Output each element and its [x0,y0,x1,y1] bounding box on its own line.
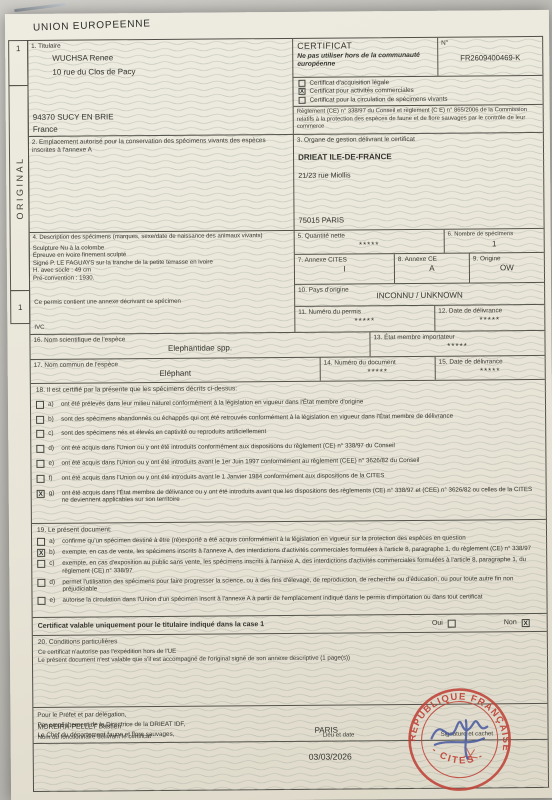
specimen-code: IVC [34,324,44,332]
box15-label: 15. Date de délivrance [436,356,545,366]
place-date-caption: Lieu et date [323,732,355,739]
option-commercial-activities: X Certificat pour activités commerciales [299,86,541,95]
section19: 19. Le présent document: a)confirme qu'u… [32,520,547,618]
checkbox-18f[interactable] [37,475,45,483]
key-19a: a) [49,538,58,545]
commercial-activities-checkbox[interactable]: X [299,88,306,95]
authority-address: 21/23 rue Miollis [298,170,350,179]
box7-value: I [295,264,394,274]
copy-number-box: 1 [8,40,28,86]
item-18c: c)sont des spécimens nés et élevés en ca… [36,426,540,438]
certificat-title-block: CERTIFICAT Ne pas utiliser hors de la co… [293,38,438,77]
text-18g: ont été acquis dans l'État membre de dél… [62,486,541,505]
item-19a: a)confirme qu'un spécimen destiné à être… [37,534,541,546]
box13-label: 13. État membre importateur [370,331,544,342]
box7-annexe-cites: 7. Annexe CITES I [295,254,395,284]
checkbox-18e[interactable] [36,460,44,468]
certificate-type-options: Certificat d'acquisition légale X Certif… [293,76,542,107]
boxes-5-12: 5. Quantité nette ***** 6. Nombre de spé… [295,229,545,332]
key-18f: f) [49,475,58,482]
key-19e: e) [49,597,58,604]
key-18e: e) [48,460,57,467]
issuing-authority: DRIEAT ILE-DE-FRANCE [298,152,392,162]
original-label: ORIGINAL [14,156,24,219]
box6-value: 1 [445,239,544,249]
checkbox-19c[interactable] [37,560,45,568]
holder-address-2: 94370 SUCY EN BRIE [33,112,114,122]
box10-pays-origine: 10. Pays d'origine INCONNU / UNKNOWN [295,283,544,307]
checkbox-18d[interactable] [36,445,44,453]
key-19c: c) [49,560,58,567]
number-label: N° [441,39,539,47]
official-name: MOREIRA-PELLET Bastien [37,724,121,732]
box9-value: OW [470,263,544,273]
box11-numero-permis: 11. Numéro du permis ***** [295,306,435,332]
key-18g: g) [49,489,58,496]
certificat-subtitle: Ne pas utiliser hors de la communauté eu… [297,52,433,70]
option-legal-acquisition: Certificat d'acquisition légale [298,78,540,87]
box8-label: 8. Annexe CE [395,254,469,264]
box4-label: 4. Description des spécimens (marques, s… [33,233,291,243]
box3-label: 3. Organe de gestion délivrant le certif… [297,135,540,145]
validity-yes: Oui [432,619,456,627]
copy-number: 1 [16,44,21,53]
validity-text: Certificat valable uniquement pour le ti… [38,620,432,630]
legal-acquisition-checkbox[interactable] [298,80,305,87]
live-specimens-checkbox[interactable] [299,97,306,104]
key-18d: d) [48,445,57,452]
checkbox-18g[interactable]: X [37,489,45,497]
text-18b: sont des spécimens abandonnés ou échappé… [61,412,540,424]
checkbox-19d[interactable] [37,578,45,586]
holder-name: WUCHSA Renee [52,53,113,62]
box12-date-delivrance: 12. Date de délivrance ***** [435,305,544,331]
checkbox-19a[interactable] [37,538,45,546]
box16-nom-scientifique: 16. Nom scientifique de l'espèce Elephan… [30,332,370,359]
box2-label: 2. Emplacement autorisé pour la conserva… [32,137,290,154]
legal-acquisition-label: Certificat d'acquisition légale [309,79,389,87]
document-header: UNION EUROPEENNE [33,18,151,33]
item-18b: b)sont des spécimens abandonnés ou échap… [36,412,540,424]
cites-stamp: REPUBLIQUE FRANÇAISE - CITES - [400,680,520,800]
authority-city: 75015 PARIS [299,215,345,224]
no-checkbox[interactable]: X [522,619,530,627]
live-specimens-label: Certificat pour la circulation de spécim… [310,96,448,104]
commercial-activities-label: Certificat pour activités commerciales [310,87,414,95]
box13-etat-membre: 13. État membre importateur ***** [370,331,544,356]
yes-label: Oui [432,620,443,627]
box1-titulaire: 1. Titulaire WUCHSA Renee 10 rue du Clos… [28,39,294,136]
box8-value: A [395,264,469,274]
text-18e: ont été acquis dans l'Union ou y ont été… [61,456,540,468]
stamp-bottom-text: - CITES - [428,744,487,769]
box14-label: 14. Numéro du document [321,357,435,367]
box12-value: ***** [435,315,544,325]
key-18a: a) [48,401,57,408]
box3-organe: 3. Organe de gestion délivrant le certif… [294,133,544,230]
text-19a: confirme qu'un spécimen destiné à être (… [62,534,541,546]
box9-label: 9. Origine [470,253,544,263]
text-18d: ont été acquis dans l'Union ou y ont été… [61,441,540,453]
item-19c: c)exempte, en cas d'exposition au public… [37,556,541,575]
box15-value: ***** [436,366,545,376]
box11-label: 11. Numéro du permis [295,306,434,316]
box16-value: Elephantidae spp. [31,342,370,354]
yes-checkbox[interactable] [448,619,456,627]
item-19d: d)permet l'utilisation des spécimens pou… [37,574,541,593]
text-18c: sont des spécimens nés et élevés en capt… [61,426,540,438]
annex-note: Ce permis contient une annexe décrivant … [34,298,181,307]
certificate-form: 1. Titulaire WUCHSA Renee 10 rue du Clos… [27,36,549,792]
item-18e: e)ont été acquis dans l'Union ou y ont é… [36,456,540,468]
box4-description: 4. Description des spécimens (marques, s… [30,231,296,334]
key-18b: b) [48,415,57,422]
checkbox-19e[interactable] [37,597,45,605]
box17-value: Eléphant [31,368,320,379]
item-18f: f)ont été acquis dans l'Union ou y ont é… [37,471,541,483]
key-18c: c) [48,430,57,437]
box17-nom-commun: 17. Nom commun de l'espèce Eléphant [31,358,321,383]
official-name-caption: Nom du fonctionnaire délivrant le certif… [38,733,152,741]
box13-value: ***** [371,341,545,351]
section18: 18. Il est certifié par la présente que … [31,380,546,524]
box5-quantite: 5. Quantité nette ***** [295,230,445,254]
box10-value: INCONNU / UNKNOWN [295,290,544,301]
box6-nombre: 6. Nombre de spécimens 1 [445,229,544,253]
box5-label: 5. Quantité nette [295,230,444,240]
item-19b: Xb)exempte, en cas de vente, les spécime… [37,545,541,557]
key-19d: d) [49,578,58,585]
certificate-number-box: N° FR2609400469-K [438,37,542,76]
checkbox-18b[interactable] [36,415,44,423]
item-19e: e)autorise la circulation dans l'Union d… [37,593,541,605]
text-18a: ont été prélevés dans leur milieu nature… [61,397,540,409]
box11-value: ***** [295,316,434,326]
no-label: Non [504,619,517,626]
staple [14,3,66,12]
box5-value: ***** [295,240,444,250]
box1-label: 1. Titulaire [31,41,289,51]
item-number-box: 1 [10,290,30,324]
certificat-block: CERTIFICAT Ne pas utiliser hors de la co… [293,37,543,134]
box8-annexe-ce: 8. Annexe CE A [395,254,470,284]
item-18d: d)ont été acquis dans l'Union ou y ont é… [36,441,540,453]
box6-label: 6. Nombre de spécimens [445,229,544,238]
description-line-5: Pré-convention : 1930. [33,273,291,283]
certificate-page: UNION EUROPEENNE 1 ORIGINAL 1 1. Titulai… [5,10,552,800]
issue-date: 03/03/2026 [309,751,352,761]
certificate-number: FR2609400469-K [438,53,542,63]
regulation-text: Règlement (CE) n° 338/97 du Conseil et r… [294,105,543,134]
text-19e: autorise la circulation dans l'Union d'u… [62,593,541,605]
box15-date-delivrance: 15. Date de délivrance ***** [436,356,545,380]
text-19c: exempte, en cas d'exposition au public s… [62,556,541,575]
option-live-specimens: Certificat pour la circulation de spécim… [299,95,541,104]
item-number: 1 [18,303,23,312]
holder-address-3: France [33,125,58,134]
checkbox-18a[interactable] [36,401,44,409]
section19-intro: 19. Le présent document: [37,523,541,534]
validity-no: Non X [504,619,530,627]
item-18a: a)ont été prélevés dans leur milieu natu… [36,397,540,409]
box12-label: 12. Date de délivrance [435,305,544,315]
box2-emplacement: 2. Emplacement autorisé pour la conserva… [29,135,295,232]
text-19b: exempte, en cas de vente, les spécimens … [62,545,541,557]
text-19d: permet l'utilisation des spécimens pour … [62,574,541,593]
holder-address-1: 10 rue du Clos de Pacy [52,67,135,77]
checkbox-18c[interactable] [36,430,44,438]
box14-value: ***** [321,367,435,377]
box14-numero-document: 14. Numéro du document ***** [321,357,436,381]
box7-label: 7. Annexe CITES [295,254,394,264]
section18-intro: 18. Il est certifié par la présente que … [36,383,540,394]
box9-origine: 9. Origine OW [470,253,544,283]
item-18g: Xg)ont été acquis dans l'État membre de … [37,486,541,505]
key-19b: b) [49,549,58,556]
signature-delegation: Pour le Préfet et par délégation, Par em… [33,706,278,743]
text-18f: ont été acquis dans l'Union ou y ont été… [62,471,541,483]
certificat-title: CERTIFICAT [297,40,433,51]
checkbox-19b[interactable]: X [37,549,45,557]
